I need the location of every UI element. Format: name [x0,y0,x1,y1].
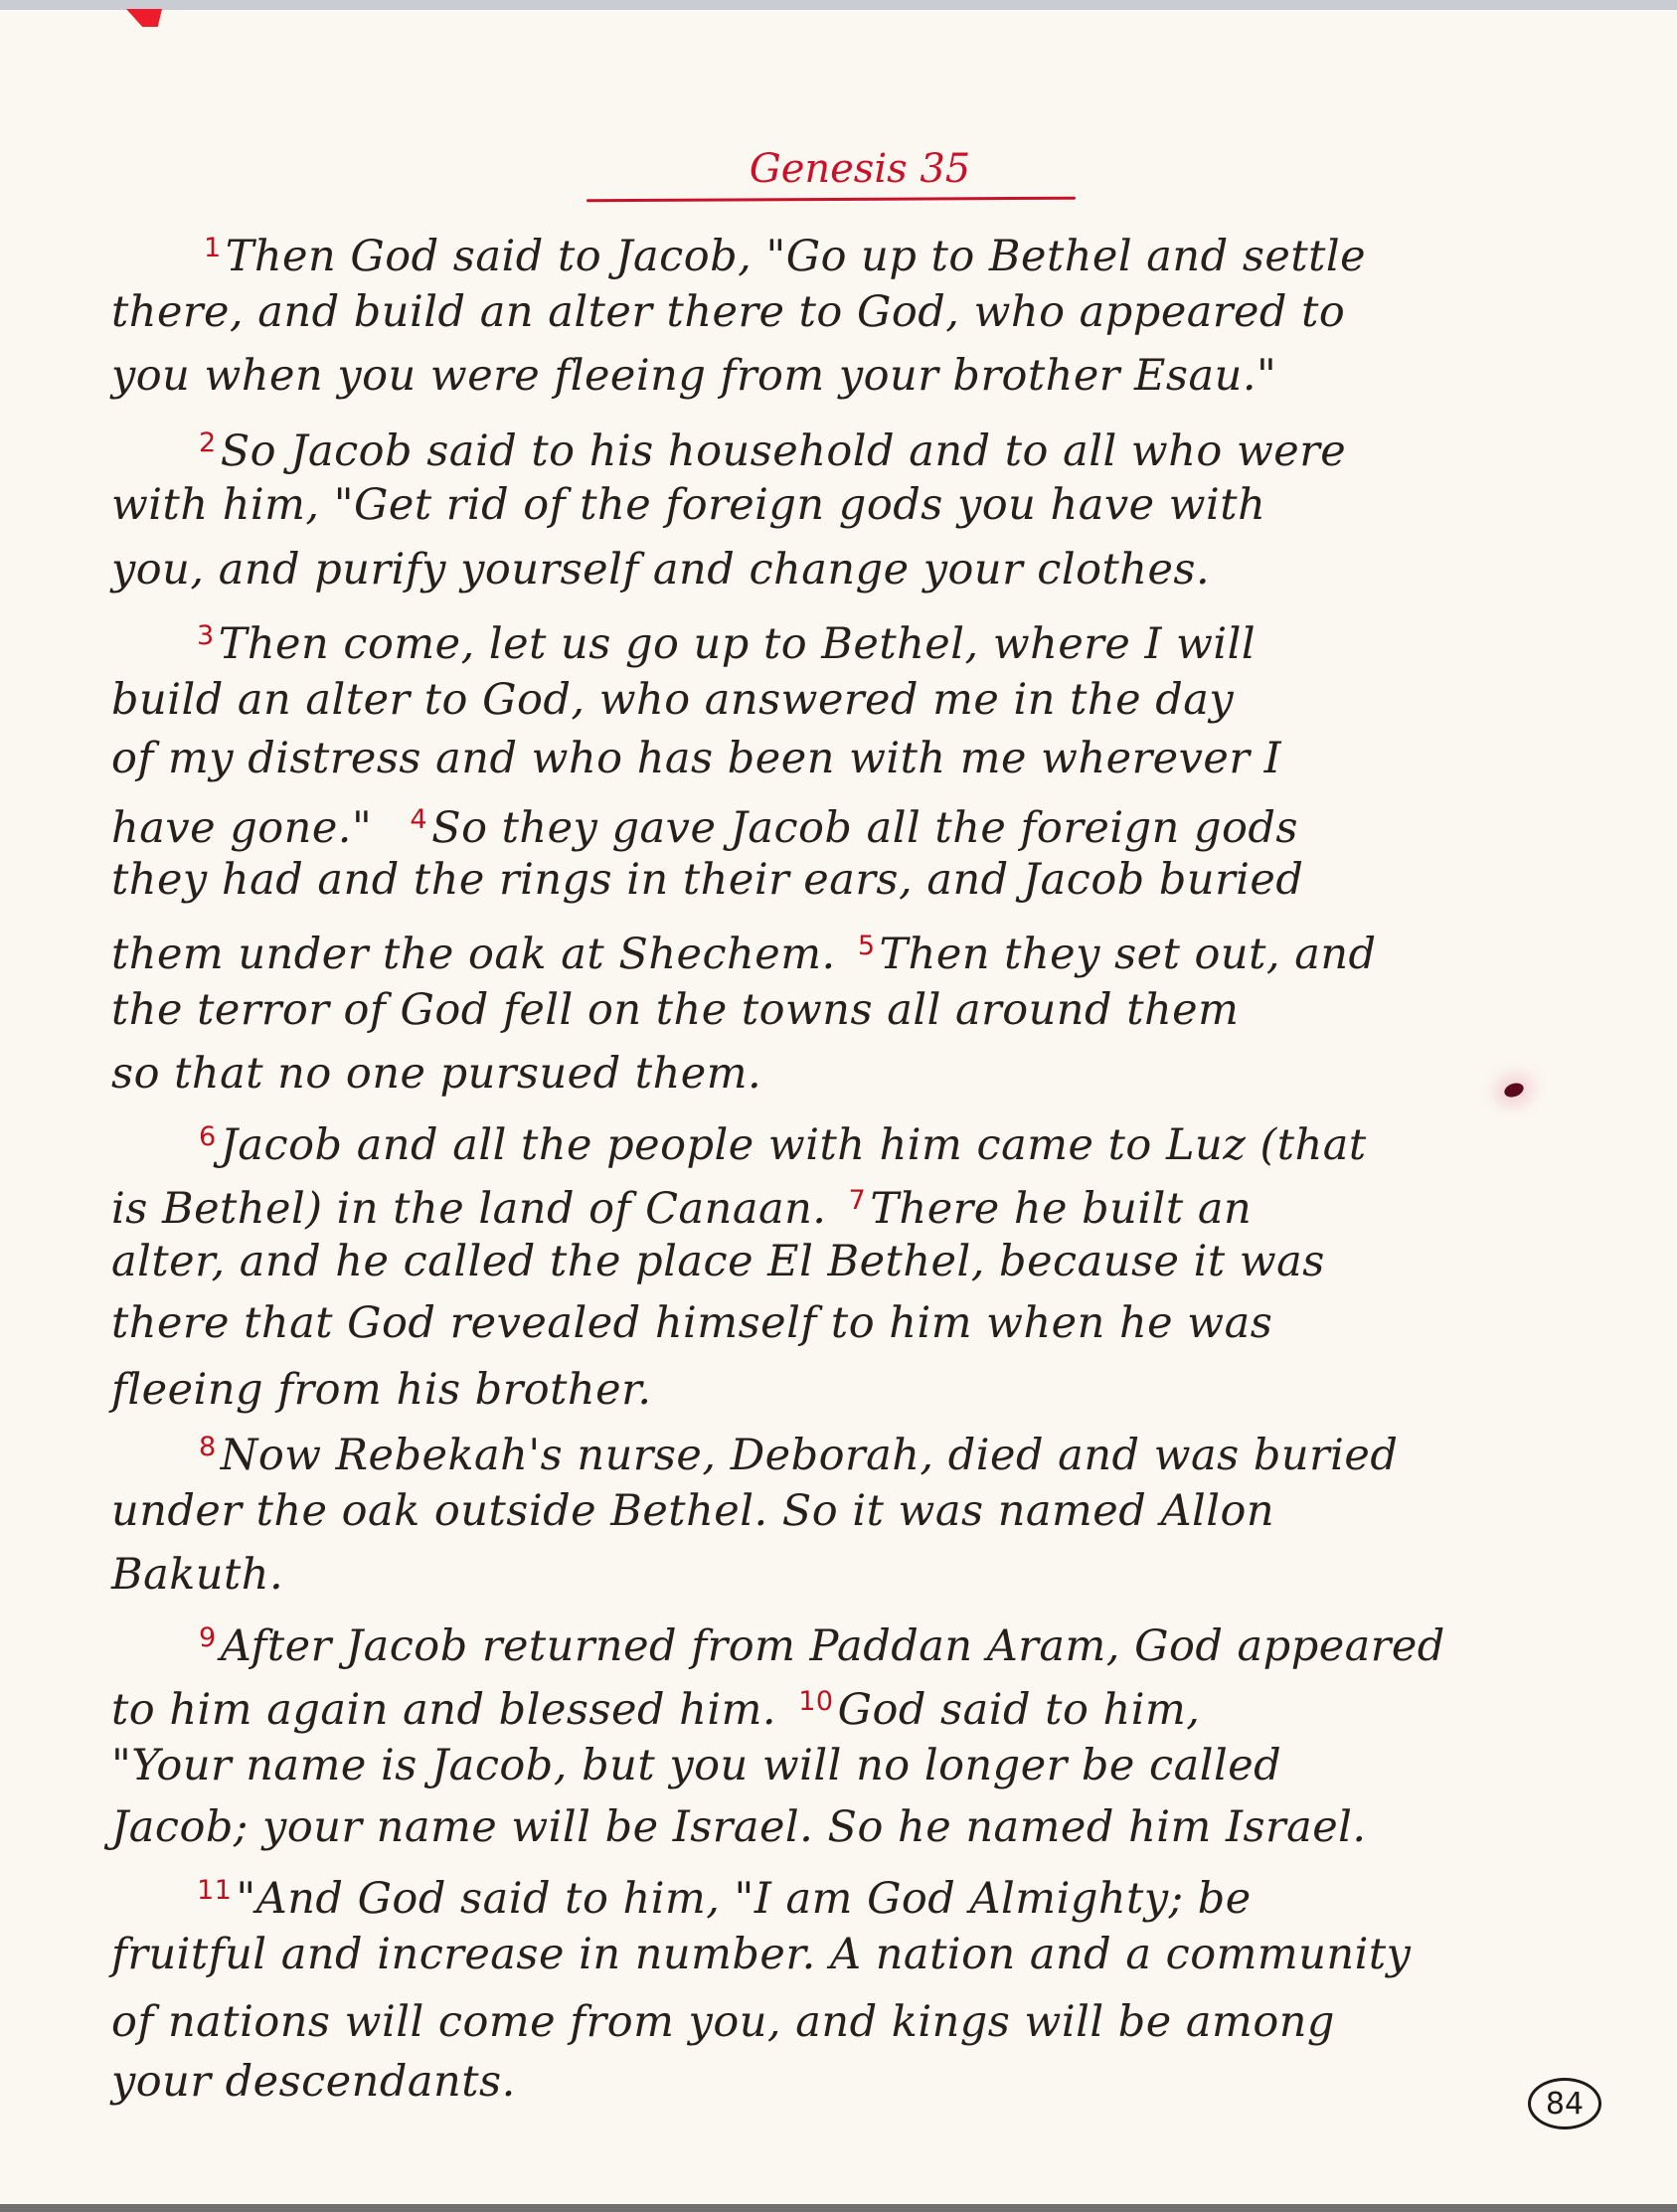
title-underline [587,197,1076,203]
page-number-circle: 84 [1528,2078,1601,2129]
text-line: 6Jacob and all the people with him came … [199,1109,1367,1173]
line-text: have gone." [111,803,372,853]
verse-number: 2 [199,427,217,458]
verse-number: 7 [849,1185,867,1216]
scan-bottom-edge [0,2204,1677,2212]
text-line: the terror of God fell on the towns all … [111,982,1239,1038]
line-text: alter, and he called the place El Bethel… [111,1237,1325,1286]
text-line: have gone." 4So they gave Jacob all the … [111,792,1298,856]
line-text: them under the oak at Shechem. [111,930,836,979]
line-text: with him, "Get rid of the foreign gods y… [111,480,1265,530]
line-text: is Bethel) in the land of Canaan. [111,1184,826,1234]
text-line: you when you were fleeing from your brot… [111,348,1276,404]
line-text: Jacob; your name will be Israel. So he n… [111,1802,1367,1852]
text-line: 11"And God said to him, "I am God Almigh… [197,1863,1252,1927]
text-line: them under the oak at Shechem. 5Then the… [111,919,1377,982]
text-line: is Bethel) in the land of Canaan. 7There… [111,1173,1252,1237]
line-text: the terror of God fell on the towns all … [111,985,1239,1035]
line-text: Bakuth. [111,1550,283,1600]
line-text: Now Rebekah's nurse, Deborah, died and w… [221,1431,1399,1480]
text-line: 2So Jacob said to his household and to a… [199,416,1346,479]
line-text: you, and purify yourself and change your… [111,545,1210,595]
line-text: they had and the rings in their ears, an… [111,855,1303,905]
text-line: Bakuth. [111,1547,283,1603]
line-text: "And God said to him, "I am God Almighty… [236,1874,1251,1924]
line-text: "Your name is Jacob, but you will no lon… [111,1741,1281,1790]
verse-number: 6 [199,1121,217,1152]
text-line: of nations will come from you, and kings… [111,1994,1335,2050]
verse-number: 10 [798,1686,833,1717]
text-line: so that no one pursued them. [111,1046,761,1102]
text-line: Jacob; your name will be Israel. So he n… [111,1799,1367,1855]
verse-number: 4 [410,804,427,835]
line-text: There he built an [870,1184,1252,1234]
verse-number: 3 [197,620,215,651]
line-text: build an alter to God, who answered me i… [111,675,1234,725]
text-line: 9After Jacob returned from Paddan Aram, … [199,1611,1445,1674]
text-line: fleeing from his brother. [111,1362,652,1418]
page-number: 84 [1546,2087,1584,2122]
line-text: God said to him, [838,1685,1201,1735]
verse-number: 5 [858,931,876,961]
line-text: So they gave Jacob all the foreign gods [431,803,1298,853]
line-text: of nations will come from you, and kings… [111,1997,1335,2047]
line-text: So Jacob said to his household and to al… [221,426,1347,476]
text-line: of my distress and who has been with me … [111,731,1281,786]
text-line: there, and build an alter there to God, … [111,284,1345,340]
text-line: 3Then come, let us go up to Bethel, wher… [197,608,1256,672]
line-text: your descendants. [111,2057,516,2107]
text-line: build an alter to God, who answered me i… [111,672,1234,728]
line-text: of my distress and who has been with me … [111,734,1281,783]
text-line: alter, and he called the place El Bethel… [111,1234,1325,1289]
text-line: under the oak outside Bethel. So it was … [111,1483,1274,1539]
text-line: "Your name is Jacob, but you will no lon… [111,1738,1281,1793]
text-line: with him, "Get rid of the foreign gods y… [111,477,1265,533]
text-line: your descendants. [111,2054,516,2110]
line-text: you when you were fleeing from your brot… [111,351,1276,401]
line-text: there, and build an alter there to God, … [111,287,1345,337]
line-text: After Jacob returned from Paddan Aram, G… [221,1621,1445,1671]
line-text: fruitful and increase in number. A natio… [111,1930,1411,1979]
text-line: you, and purify yourself and change your… [111,542,1210,597]
line-text: fleeing from his brother. [111,1365,652,1415]
text-line: there that God revealed himself to him w… [111,1295,1272,1351]
line-text: Then they set out, and [880,930,1377,979]
text-line: 1Then God said to Jacob, "Go up to Bethe… [204,221,1366,284]
verse-number: 8 [199,1432,217,1462]
line-text: to him again and blessed him. [111,1685,776,1735]
verse-number: 1 [204,233,222,263]
text-line: fruitful and increase in number. A natio… [111,1927,1411,1982]
verse-number: 11 [197,1875,232,1906]
text-line: 8Now Rebekah's nurse, Deborah, died and … [199,1420,1398,1483]
text-line: they had and the rings in their ears, an… [111,852,1303,908]
page-title: Genesis 35 [696,145,1024,193]
line-text: so that no one pursued them. [111,1049,761,1099]
line-text: under the oak outside Bethel. So it was … [111,1486,1274,1536]
line-text: Then come, let us go up to Bethel, where… [219,619,1257,669]
line-text: Then God said to Jacob, "Go up to Bethel… [226,232,1366,281]
verse-number: 9 [199,1622,217,1653]
handwritten-page: Genesis 35 1Then God said to Jacob, "Go … [0,0,1677,2212]
line-text: there that God revealed himself to him w… [111,1298,1272,1348]
line-text: Jacob and all the people with him came t… [221,1120,1367,1170]
ink-blot [1502,1081,1525,1100]
text-line: to him again and blessed him. 10God said… [111,1674,1200,1738]
